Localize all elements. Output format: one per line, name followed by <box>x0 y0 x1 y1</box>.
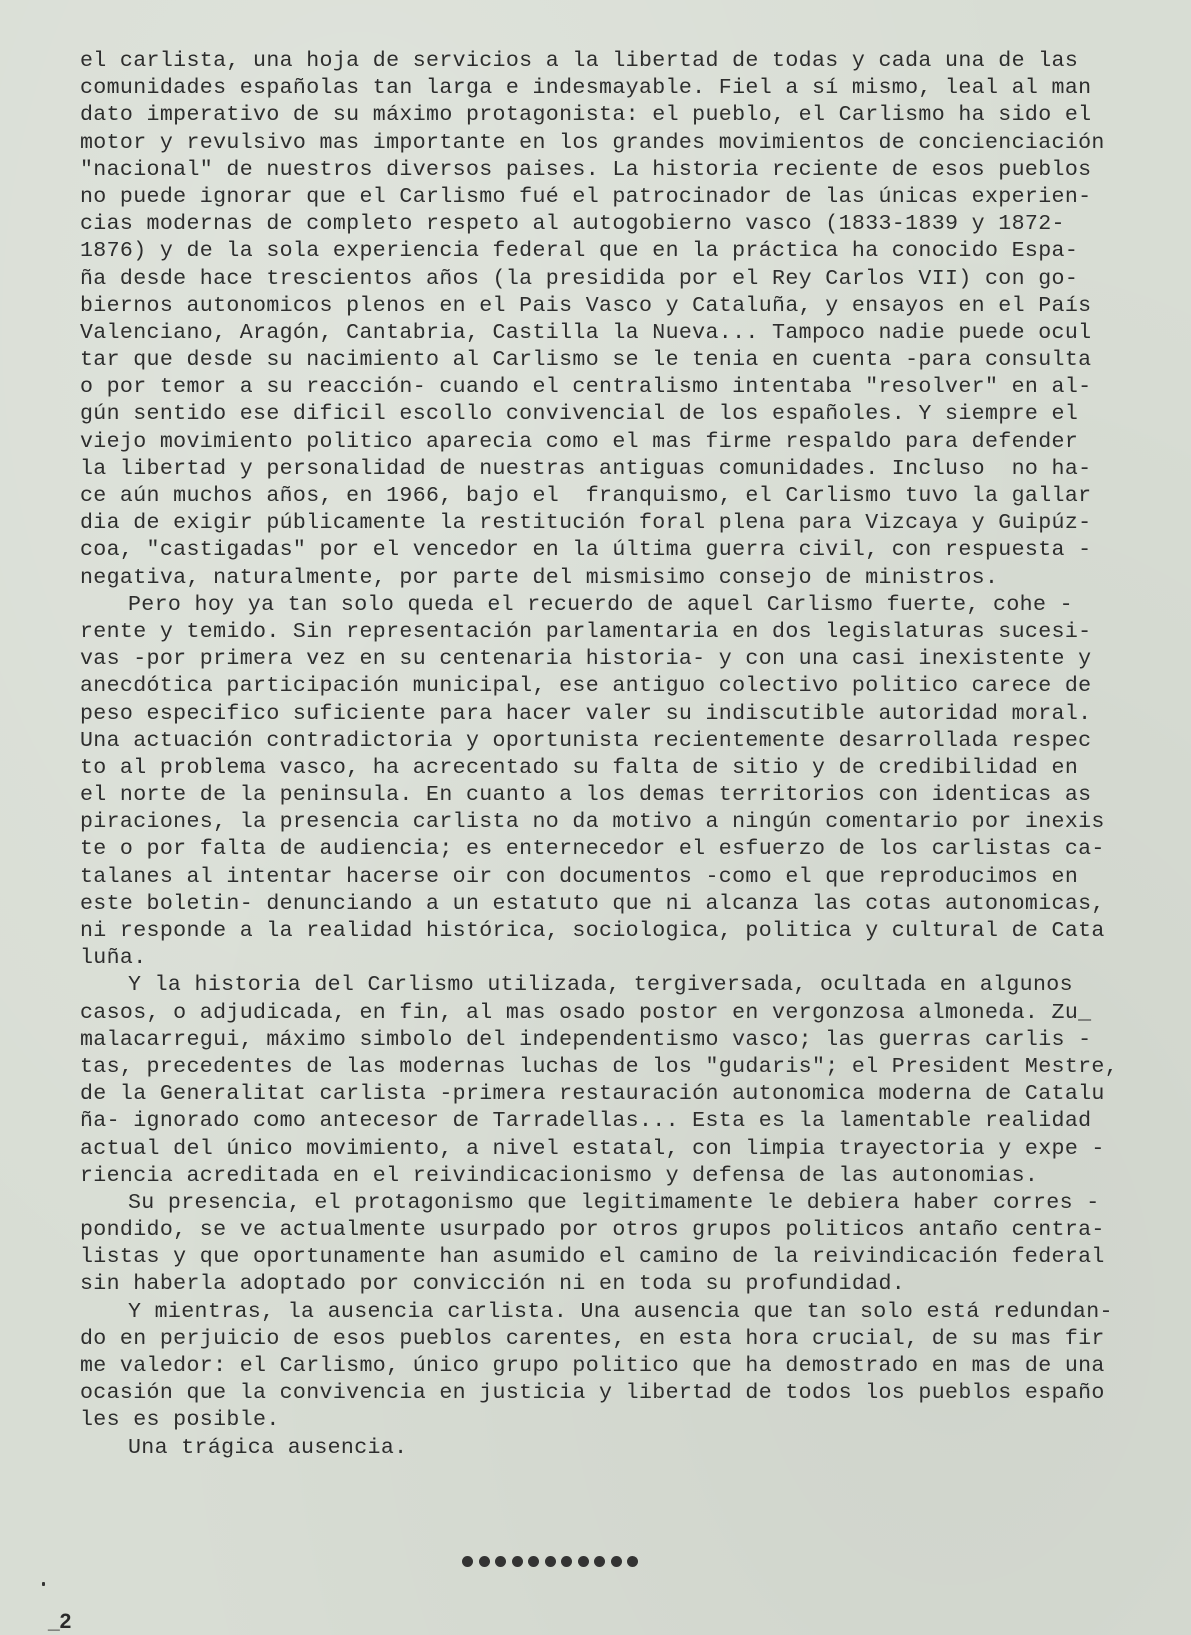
bullet-dot-icon <box>578 1556 589 1567</box>
document-page: el carlista, una hoja de servicios a la … <box>0 0 1191 1635</box>
text-line: casos, o adjudicada, en fin, al mas osad… <box>80 1000 1185 1027</box>
text-line: malacarregui, máximo simbolo del indepen… <box>80 1027 1185 1054</box>
text-line: cias modernas de completo respeto al aut… <box>80 211 1185 238</box>
text-line: coa, "castigadas" por el vencedor en la … <box>80 537 1185 564</box>
text-line: luña. <box>80 945 1185 972</box>
bullet-dot-icon <box>561 1556 572 1567</box>
text-line: 1876) y de la sola experiencia federal q… <box>80 238 1185 265</box>
paragraph-start-line: Una trágica ausencia. <box>80 1435 1185 1462</box>
text-line: les es posible. <box>80 1407 1185 1434</box>
text-line: actual del único movimiento, a nivel est… <box>80 1136 1185 1163</box>
text-line: no puede ignorar que el Carlismo fué el … <box>80 184 1185 211</box>
text-line: do en perjuicio de esos pueblos carentes… <box>80 1326 1185 1353</box>
text-line: peso especifico suficiente para hacer va… <box>80 701 1185 728</box>
paragraph-start-line: Y la historia del Carlismo utilizada, te… <box>80 972 1185 999</box>
text-line: el norte de la peninsula. En cuanto a lo… <box>80 782 1185 809</box>
text-line: Valenciano, Aragón, Cantabria, Castilla … <box>80 320 1185 347</box>
bullet-dot-icon <box>545 1556 556 1567</box>
text-line: tas, precedentes de las modernas luchas … <box>80 1054 1185 1081</box>
page-number: _2 <box>48 1610 71 1634</box>
text-line: to al problema vasco, ha acrecentado su … <box>80 755 1185 782</box>
bullet-dot-icon <box>512 1556 523 1567</box>
text-line: viejo movimiento politico aparecia como … <box>80 429 1185 456</box>
text-line: rente y temido. Sin representación parla… <box>80 619 1185 646</box>
text-line: ocasión que la convivencia en justicia y… <box>80 1380 1185 1407</box>
text-line: tar que desde su nacimiento al Carlismo … <box>80 347 1185 374</box>
text-line: de la Generalitat carlista -primera rest… <box>80 1081 1185 1108</box>
text-line: me valedor: el Carlismo, único grupo pol… <box>80 1353 1185 1380</box>
text-line: la libertad y personalidad de nuestras a… <box>80 456 1185 483</box>
article-body: el carlista, una hoja de servicios a la … <box>80 48 1185 1462</box>
text-line: este boletin- denunciando a un estatuto … <box>80 891 1185 918</box>
text-line: biernos autonomicos plenos en el Pais Va… <box>80 293 1185 320</box>
text-line: motor y revulsivo mas importante en los … <box>80 130 1185 157</box>
text-line: riencia acreditada en el reivindicacioni… <box>80 1163 1185 1190</box>
text-line: gún sentido ese dificil escollo conviven… <box>80 401 1185 428</box>
bullet-dot-icon <box>627 1556 638 1567</box>
text-line: ña desde hace trescientos años (la presi… <box>80 266 1185 293</box>
ink-speck <box>42 1582 45 1586</box>
bullet-dot-icon <box>462 1556 473 1567</box>
text-line: sin haberla adoptado por convicción ni e… <box>80 1271 1185 1298</box>
bullet-dot-icon <box>528 1556 539 1567</box>
text-line: "nacional" de nuestros diversos paises. … <box>80 157 1185 184</box>
paragraph-start-line: Pero hoy ya tan solo queda el recuerdo d… <box>80 592 1185 619</box>
text-line: dia de exigir públicamente la restitució… <box>80 510 1185 537</box>
text-line: el carlista, una hoja de servicios a la … <box>80 48 1185 75</box>
bullet-dot-icon <box>495 1556 506 1567</box>
text-line: o por temor a su reacción- cuando el cen… <box>80 374 1185 401</box>
text-line: negativa, naturalmente, por parte del mi… <box>80 565 1185 592</box>
separator-dots <box>462 1551 638 1571</box>
text-line: piraciones, la presencia carlista no da … <box>80 809 1185 836</box>
text-line: comunidades españolas tan larga e indesm… <box>80 75 1185 102</box>
bullet-dot-icon <box>611 1556 622 1567</box>
text-line: ce aún muchos años, en 1966, bajo el fra… <box>80 483 1185 510</box>
paragraph-start-line: Su presencia, el protagonismo que legiti… <box>80 1190 1185 1217</box>
text-line: vas -por primera vez en su centenaria hi… <box>80 646 1185 673</box>
bullet-dot-icon <box>594 1556 605 1567</box>
text-line: te o por falta de audiencia; es enternec… <box>80 836 1185 863</box>
text-line: talanes al intentar hacerse oir con docu… <box>80 864 1185 891</box>
text-line: Una actuación contradictoria y oportunis… <box>80 728 1185 755</box>
paragraph-start-line: Y mientras, la ausencia carlista. Una au… <box>80 1299 1185 1326</box>
text-line: pondido, se ve actualmente usurpado por … <box>80 1217 1185 1244</box>
text-line: listas y que oportunamente han asumido e… <box>80 1244 1185 1271</box>
text-line: ni responde a la realidad histórica, soc… <box>80 918 1185 945</box>
text-line: anecdótica participación municipal, ese … <box>80 673 1185 700</box>
bullet-dot-icon <box>479 1556 490 1567</box>
text-line: dato imperativo de su máximo protagonist… <box>80 102 1185 129</box>
text-line: ña- ignorado como antecesor de Tarradell… <box>80 1108 1185 1135</box>
